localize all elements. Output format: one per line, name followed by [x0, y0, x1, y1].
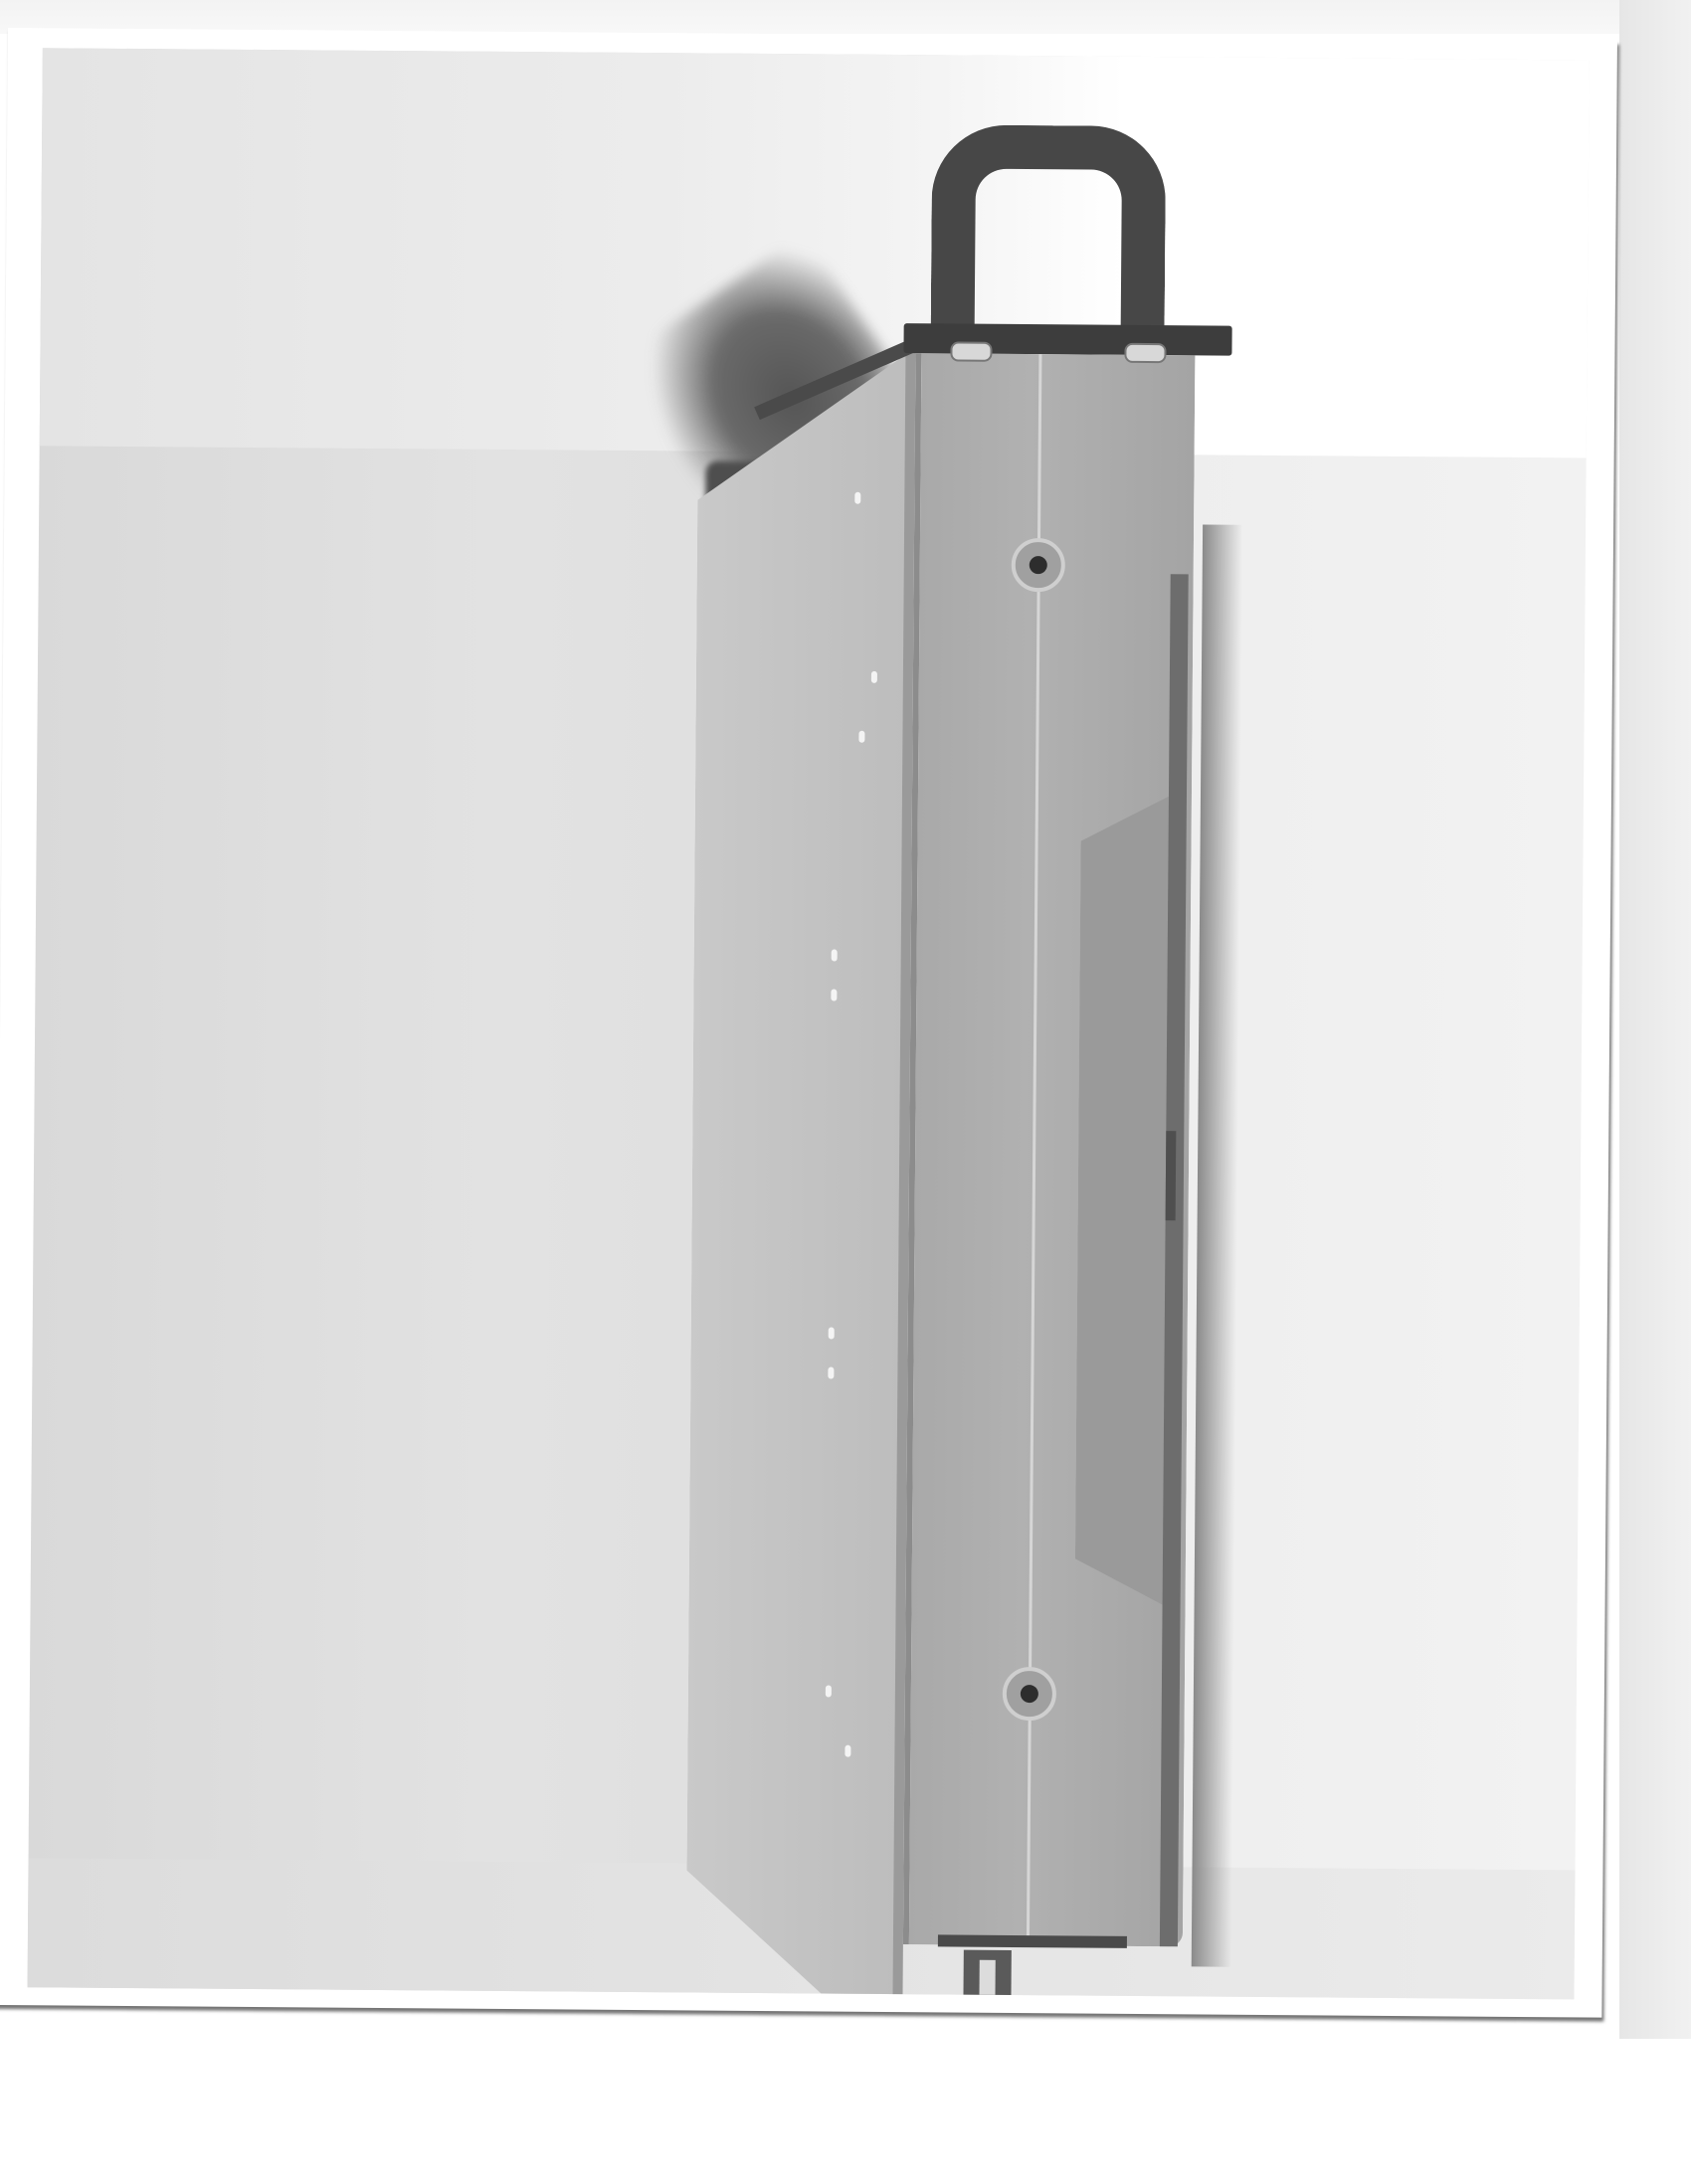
bnc-pin — [979, 1960, 996, 2000]
rivet-highlight — [828, 1367, 834, 1379]
rivet-highlight — [858, 731, 864, 743]
photo-paper — [0, 28, 1617, 2018]
rivet-highlight — [826, 1686, 832, 1698]
photograph — [28, 48, 1590, 1999]
rivet-highlight — [854, 492, 860, 504]
panel-recess — [1075, 792, 1176, 1608]
bottom-rail — [938, 1934, 1127, 1947]
carry-handle — [931, 124, 1167, 340]
rivet-highlight — [845, 1745, 850, 1757]
scanner-right-edge — [1619, 0, 1691, 2039]
rivet-highlight — [831, 990, 837, 1001]
flange-screw-left — [950, 341, 992, 361]
scanner-top-edge — [0, 0, 1691, 34]
panel-notch — [1166, 1131, 1177, 1220]
bnc-connector — [957, 1950, 1018, 2000]
rivet-highlight — [871, 671, 877, 683]
rivet-highlight — [832, 950, 838, 962]
panel-shadow — [1192, 524, 1242, 1966]
mounting-screw-top — [1012, 538, 1065, 592]
flange-screw-right — [1124, 343, 1166, 363]
side-plate — [685, 351, 907, 1999]
mounting-screw-bottom — [1003, 1667, 1056, 1721]
rivet-highlight — [829, 1328, 835, 1340]
